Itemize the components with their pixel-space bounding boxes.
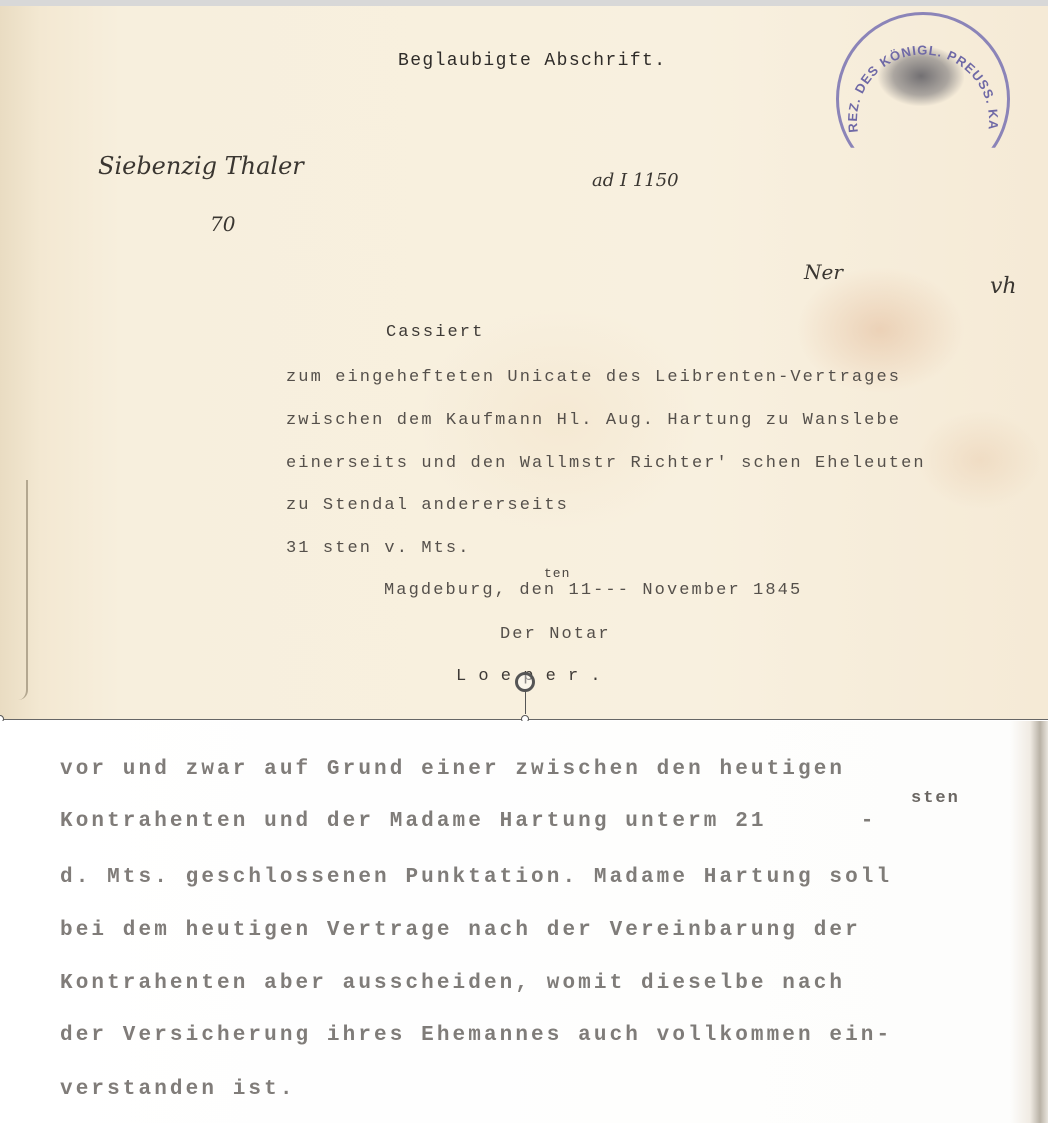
body-line: bei dem heutigen Vertrage nach der Verei…	[60, 920, 861, 941]
body-line: Kontrahenten und der Madame Hartung unte…	[60, 811, 877, 832]
scan-top-edge	[0, 0, 1048, 6]
rotate-handle[interactable]	[515, 672, 535, 692]
handwritten-mark-left: Ner	[804, 260, 843, 284]
rotate-handle-stem	[525, 690, 526, 714]
handwritten-reference: ad I 1150	[592, 170, 679, 191]
body-heading: Cassiert	[386, 324, 484, 341]
bottom-scanned-page[interactable]: vor und zwar auf Grund einer zwischen de…	[0, 721, 1048, 1123]
body-line: verstanden ist.	[60, 1079, 296, 1100]
body-line: zu Stendal andererseits	[286, 497, 569, 514]
body-line: d. Mts. geschlossenen Punktation. Madame…	[60, 867, 892, 888]
body-line: vor und zwar auf Grund einer zwischen de…	[60, 759, 845, 780]
top-scanned-page[interactable]: Beglaubigte Abschrift. REZ. DES KÖNIGL. …	[0, 0, 1048, 719]
document-title: Beglaubigte Abschrift.	[398, 52, 666, 70]
superscript: sten	[911, 789, 960, 808]
svg-text:REZ. DES KÖNIGL. PREUSS. KAMME: REZ. DES KÖNIGL. PREUSS. KAMMER	[836, 12, 1001, 133]
handwritten-mark-right: vh	[990, 274, 1017, 299]
date-line: Magdeburg, den 11--- November 1845	[384, 582, 802, 599]
handwritten-amount-number: 70	[210, 212, 235, 236]
body-line: 31 sten v. Mts.	[286, 540, 471, 557]
stamp-text: REZ. DES KÖNIGL. PREUSS. KAMMER	[836, 12, 1010, 186]
body-line: zwischen dem Kaufmann Hl. Aug. Hartung z…	[286, 412, 901, 429]
binding-tear-mark	[4, 480, 28, 700]
notary-title: Der Notar	[500, 626, 611, 643]
body-line: zum eingehefteten Unicate des Leibrenten…	[286, 369, 901, 386]
body-line: einerseits und den Wallmstr Richter' sch…	[286, 455, 926, 472]
body-line: der Versicherung ihres Ehemannes auch vo…	[60, 1025, 892, 1046]
date-superscript: ten	[544, 566, 570, 581]
body-line: Kontrahenten aber ausscheiden, womit die…	[60, 973, 845, 994]
handwritten-amount-words: Siebenzig Thaler	[98, 152, 304, 180]
